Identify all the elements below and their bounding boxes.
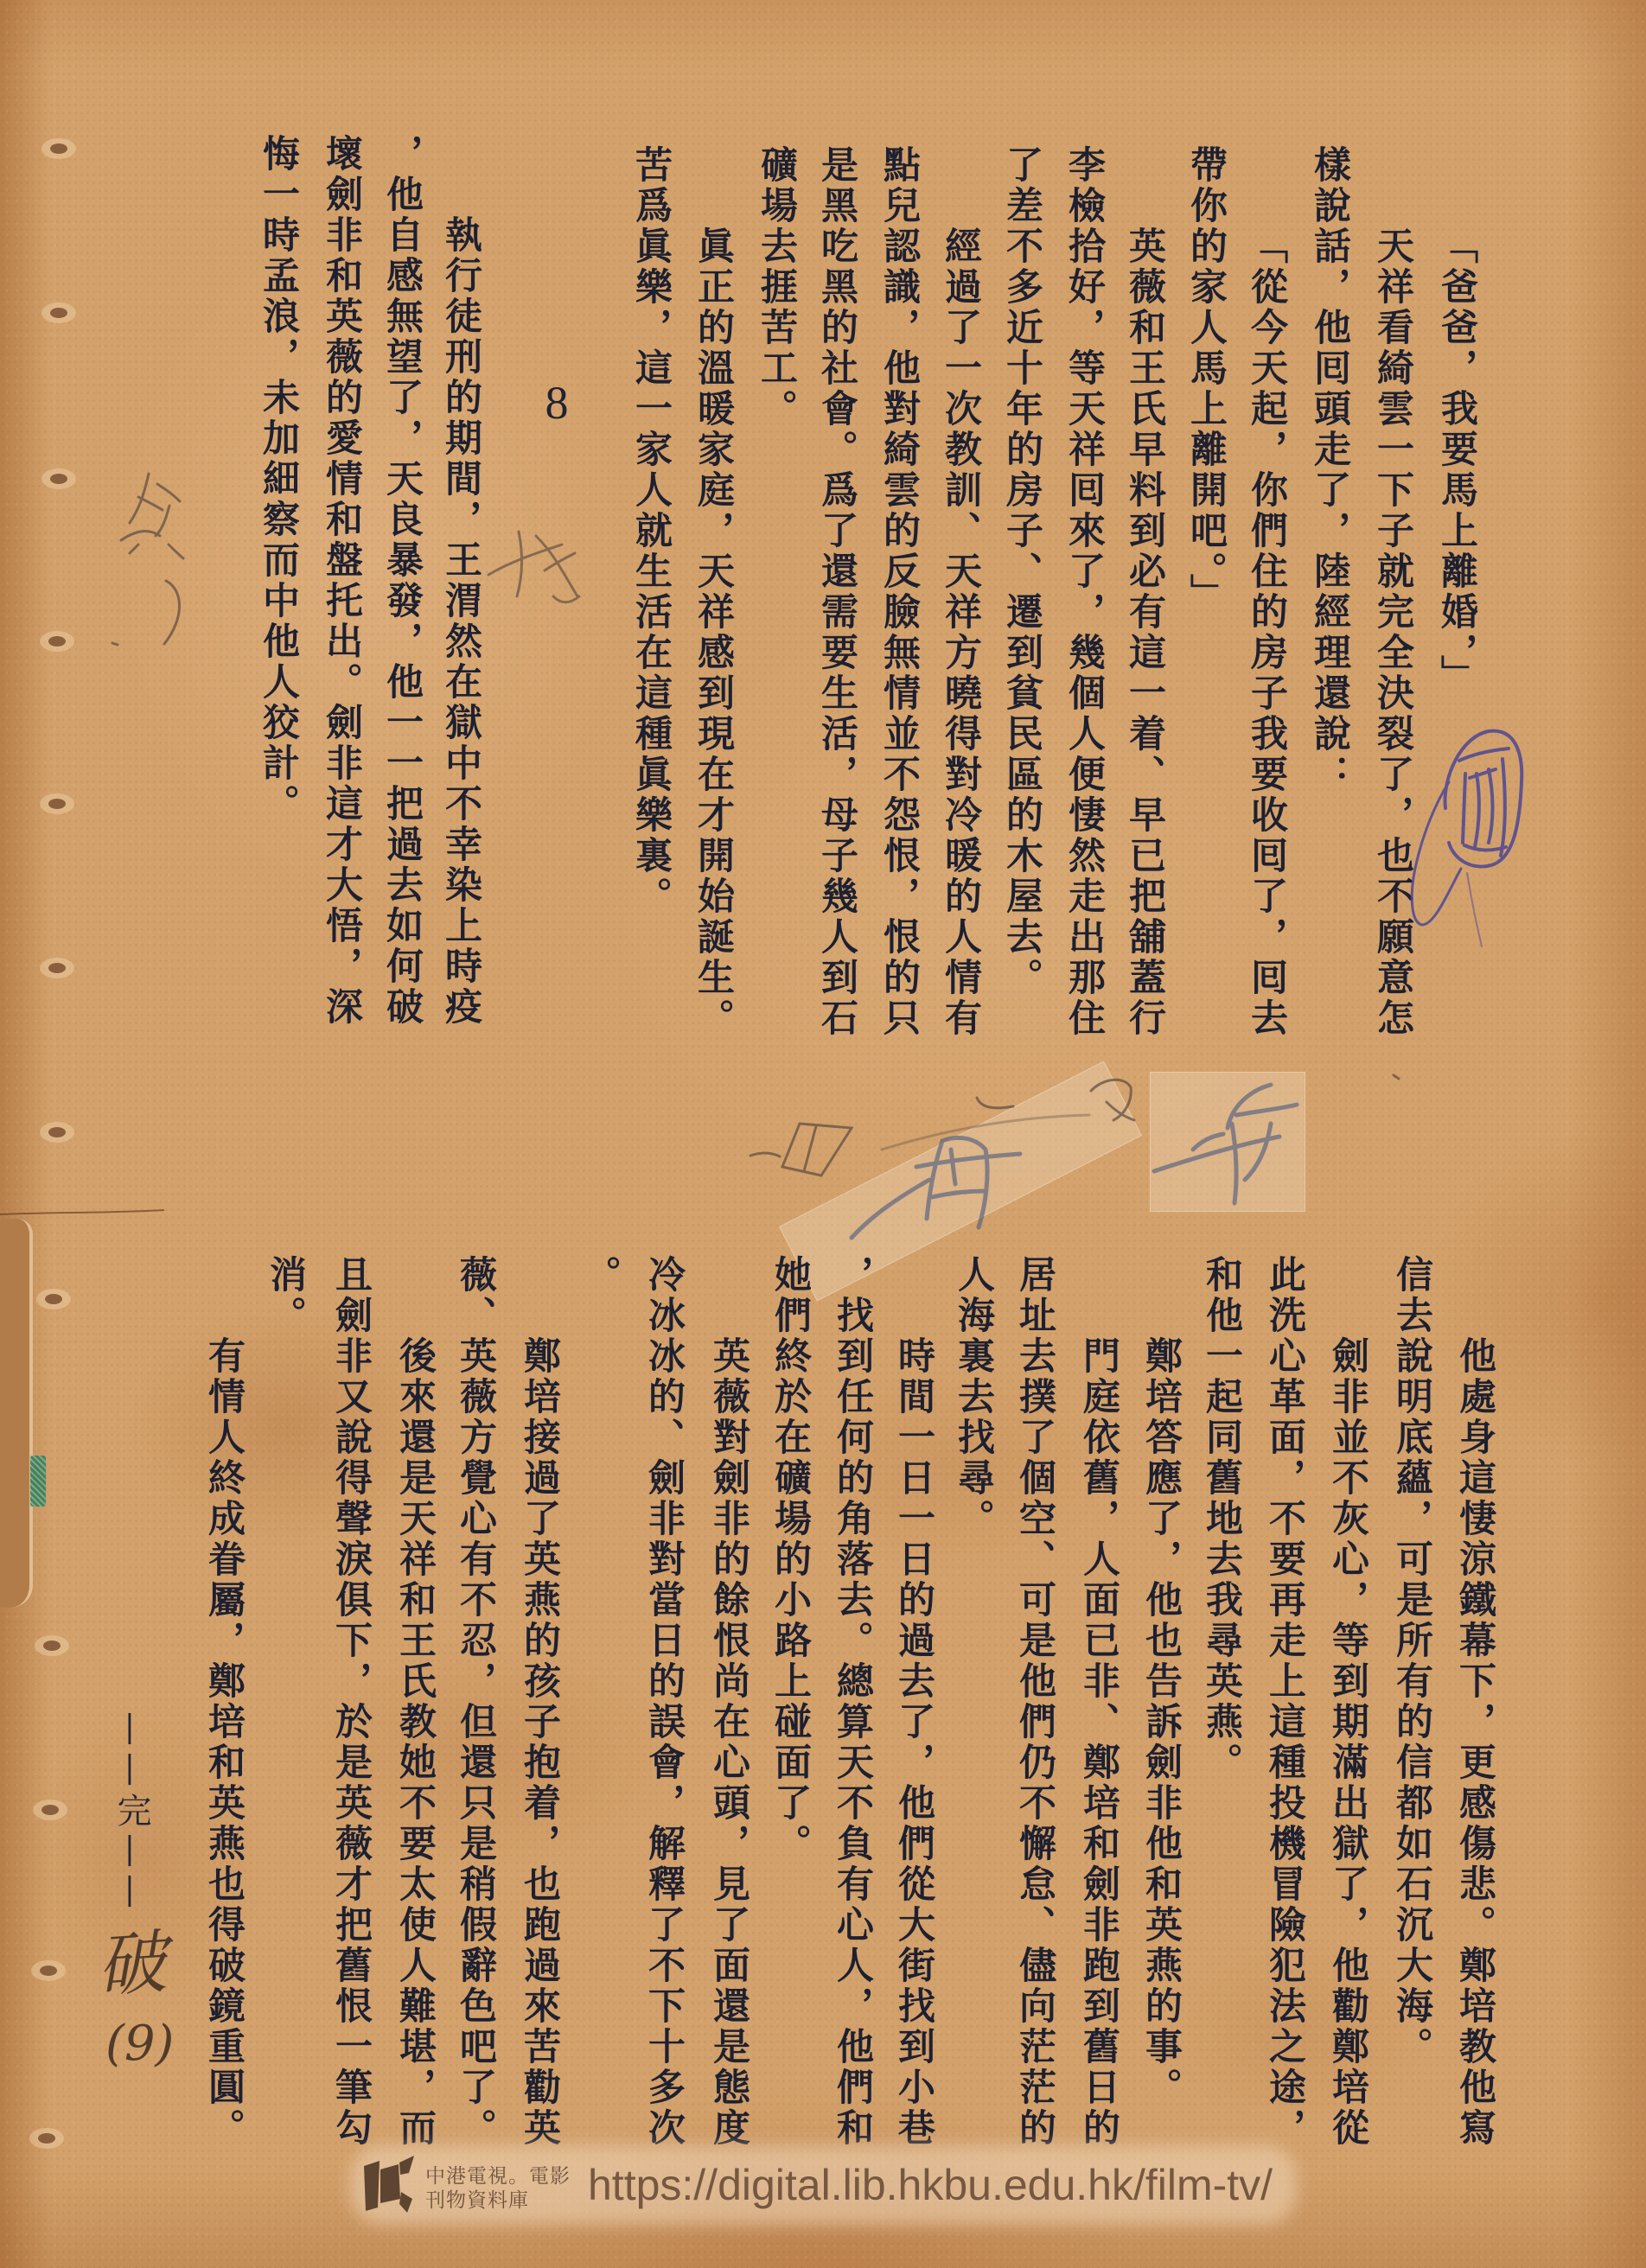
text-column: 他處身這悽涼鐵幕下，更感傷悲。鄭培教他寫 bbox=[1454, 1336, 1496, 2149]
text-column: 鄭培答應了，他也告訴劍非他和英燕的事。 bbox=[1140, 1336, 1182, 2108]
text-column: 此洗心革面，不要再走上這種投機冒險犯法之途， bbox=[1264, 1255, 1305, 2149]
text-column: ，找到任何的角落去。總算天不負有心人，他們和 bbox=[832, 1255, 873, 2149]
text-column: 薇、英薇方覺心有不忍，但還只是稍假辭色吧了。 bbox=[455, 1255, 496, 2149]
text-column: 鄭培接過了英燕的孩子抱着，也跑過來苦勸英 bbox=[519, 1336, 560, 2149]
text-column: 人海裏去找尋。 bbox=[953, 1255, 994, 1539]
text-column: 冷冰冰的、劍非對當日的誤會，解釋了不下十多次 bbox=[643, 1255, 685, 2149]
text-column: 和他一起同舊地去我尋英燕。 bbox=[1201, 1255, 1242, 1783]
watermark-archive-name-line2: 刊物資料庫 bbox=[425, 2189, 529, 2212]
text-column: 時間一日一日的過去了，他們從大街找到小巷 bbox=[893, 1336, 935, 2149]
handwritten-note-number: (9) bbox=[105, 2014, 174, 2074]
text-column: 劍非並不灰心，等到期滿出獄了，他勸鄭培從 bbox=[1327, 1336, 1368, 2149]
end-mark: ——完—— bbox=[111, 1711, 152, 1914]
text-column: 英薇對劍非的餘恨尚在心頭，見了面還是態度 bbox=[708, 1336, 750, 2149]
lower-text-block: 他處身這悽涼鐵幕下，更感傷悲。鄭培教他寫 信去說明底蘊，可是所有的信都如石沉大海… bbox=[0, 0, 1646, 2268]
text-column: 居址去撲了個空、可是他們仍不懈怠、儘向茫茫的 bbox=[1014, 1255, 1056, 2149]
text-column: 有情人終成眷屬，鄭培和英燕也得破鏡重圓。 bbox=[203, 1336, 245, 2149]
text-column: 。 bbox=[579, 1255, 621, 1296]
text-column: 消。 bbox=[265, 1255, 306, 1336]
film-spotlight-logo-icon bbox=[360, 2154, 417, 2214]
text-column: 門庭依舊，人面已非、鄭培和劍非跑到舊日的 bbox=[1078, 1336, 1120, 2149]
text-column: 後來還是天祥和王氏教她不要太使人難堪，而 bbox=[394, 1336, 436, 2149]
text-column: 她們終於在礦場的小路上碰面了。 bbox=[769, 1255, 811, 1864]
watermark-url: https://digital.lib.hkbu.edu.hk/film-tv/ bbox=[588, 2161, 1273, 2209]
handwritten-note: 破 bbox=[94, 1923, 169, 2005]
watermark-archive-name-line1: 中港電視。電影 bbox=[425, 2165, 571, 2188]
text-column: 信去說明底蘊，可是所有的信都如石沉大海。 bbox=[1391, 1255, 1432, 2067]
text-column: 且劍非又說得聲淚俱下，於是英薇才把舊恨一筆勾 bbox=[330, 1255, 372, 2149]
